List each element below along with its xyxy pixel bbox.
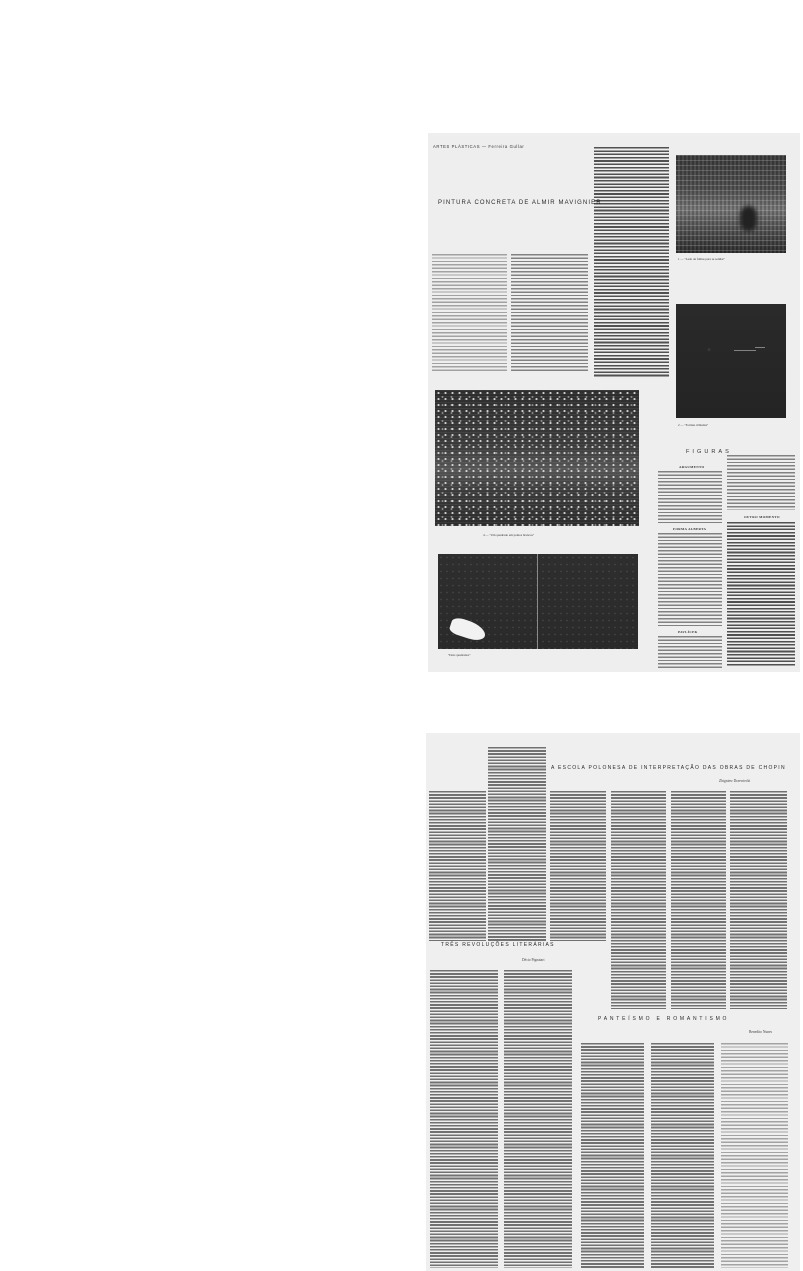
- magazine-page-2: A ESCOLA POLONESA DE INTERPRETAÇÃO DAS O…: [426, 733, 800, 1271]
- article-byline: Décio Pignatari: [522, 958, 544, 962]
- sidebar-subhead: FORMA ALBERTA: [673, 527, 706, 531]
- article-headline: PINTURA CONCRETA DE ALMIR MAVIGNIER: [438, 200, 602, 206]
- magazine-page-1: ARTES PLÁSTICAS — Ferreira Gullar PINTUR…: [428, 133, 800, 672]
- text-column: [727, 522, 795, 667]
- figure-caption: "Dois quadrados": [448, 653, 471, 657]
- figure-caption: 4 — "Um quadrado em pontos brancos": [483, 533, 534, 537]
- text-column: [504, 970, 572, 1268]
- article-byline: Zbigniew Drzewiecki: [719, 779, 750, 783]
- text-column: [550, 791, 606, 941]
- article-headline: PANTEÍSMO E ROMANTISMO: [598, 1016, 729, 1022]
- text-column: [658, 533, 722, 627]
- text-column: [651, 1043, 714, 1268]
- article-byline: Benedito Nunes: [749, 1030, 772, 1034]
- text-column: [658, 636, 722, 669]
- artwork-figure-2: [676, 304, 786, 418]
- article-headline: TRÊS REVOLUÇÕES LITERÁRIAS: [441, 942, 555, 948]
- sidebar-subhead: OUTRO MOMENTO: [744, 515, 780, 519]
- sidebar-subhead: ARGUMENTO: [679, 465, 704, 469]
- text-column: [658, 471, 722, 523]
- text-column: [488, 747, 546, 942]
- text-column: [611, 791, 666, 1009]
- text-column: [511, 254, 588, 371]
- text-column: [429, 791, 486, 941]
- text-column: [432, 254, 507, 371]
- artwork-figure-3: [435, 390, 639, 526]
- sidebar-subhead: PAVLÍCEK: [678, 630, 698, 634]
- figure-caption: 1 — "Lado de folhas para se sonhar": [678, 257, 725, 261]
- sidebar-title: FIGURAS: [686, 449, 732, 455]
- text-column: [430, 970, 498, 1268]
- section-kicker: ARTES PLÁSTICAS — Ferreira Gullar: [433, 144, 524, 149]
- text-column: [671, 791, 726, 1009]
- text-column: [721, 1043, 788, 1268]
- article-headline: A ESCOLA POLONESA DE INTERPRETAÇÃO DAS O…: [551, 765, 786, 771]
- text-column: [727, 455, 795, 510]
- figure-caption: 2 — "Formas ritmadas": [678, 423, 708, 427]
- artwork-figure-1: [676, 155, 786, 253]
- text-column: [730, 791, 787, 1009]
- text-column: [594, 147, 669, 377]
- artwork-figure-4: [438, 554, 638, 649]
- text-column: [581, 1043, 644, 1268]
